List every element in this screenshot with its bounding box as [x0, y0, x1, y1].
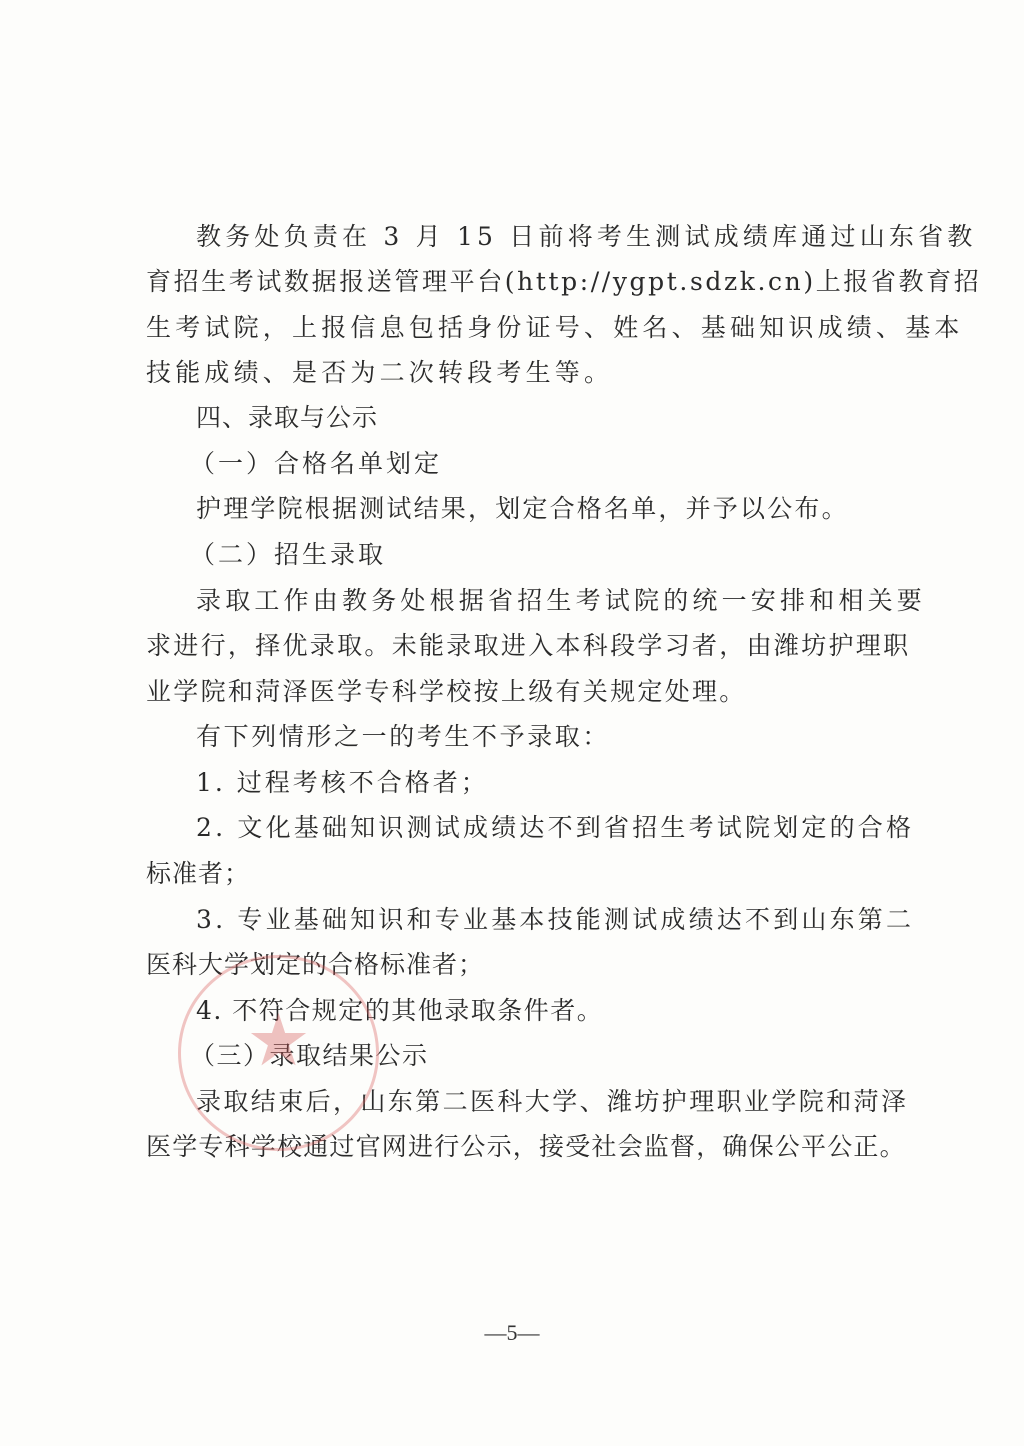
- list-item: 2. 文化基础知识测试成绩达不到省招生考试院划定的合格: [196, 813, 926, 843]
- paragraph-line: 育招生考试数据报送管理平台(http://ygpt.sdzk.cn)上报省教育招: [146, 267, 876, 297]
- page-number: —5—: [0, 1320, 1024, 1346]
- subsection-title: （二）招生录取: [190, 540, 920, 570]
- paragraph-line: 医学专科学校通过官网进行公示，接受社会监督，确保公平公正。: [146, 1132, 876, 1162]
- paragraph-line: 求进行，择优录取。未能录取进入本科段学习者，由潍坊护理职: [146, 631, 876, 661]
- list-item-continued: 标准者；: [146, 859, 876, 889]
- list-item-continued: 医科大学划定的合格标准者；: [146, 950, 876, 980]
- list-item: 4. 不符合规定的其他录取条件者。: [196, 996, 926, 1026]
- paragraph-line: 录取工作由教务处根据省招生考试院的统一安排和相关要: [196, 586, 926, 616]
- list-item: 3. 专业基础知识和专业基本技能测试成绩达不到山东第二: [196, 905, 926, 935]
- subsection-title: （三）录取结果公示: [190, 1041, 920, 1071]
- paragraph-line: 生考试院，上报信息包括身份证号、姓名、基础知识成绩、基本: [146, 313, 876, 343]
- document-page: 教务处负责在 3 月 15 日前将考生测试成绩库通过山东省教 育招生考试数据报送…: [0, 0, 1024, 1446]
- subsection-title: （一）合格名单划定: [190, 449, 920, 479]
- paragraph-line: 业学院和菏泽医学专科学校按上级有关规定处理。: [146, 677, 876, 707]
- paragraph-line: 录取结束后，山东第二医科大学、潍坊护理职业学院和菏泽: [196, 1087, 926, 1117]
- paragraph-line: 技能成绩、是否为二次转段考生等。: [146, 358, 876, 388]
- list-item: 1. 过程考核不合格者；: [196, 768, 926, 798]
- section-heading: 四、录取与公示: [196, 403, 926, 433]
- paragraph-line: 有下列情形之一的考生不予录取：: [196, 722, 926, 752]
- paragraph-line: 护理学院根据测试结果，划定合格名单，并予以公布。: [196, 494, 926, 524]
- paragraph-line: 教务处负责在 3 月 15 日前将考生测试成绩库通过山东省教: [196, 222, 926, 252]
